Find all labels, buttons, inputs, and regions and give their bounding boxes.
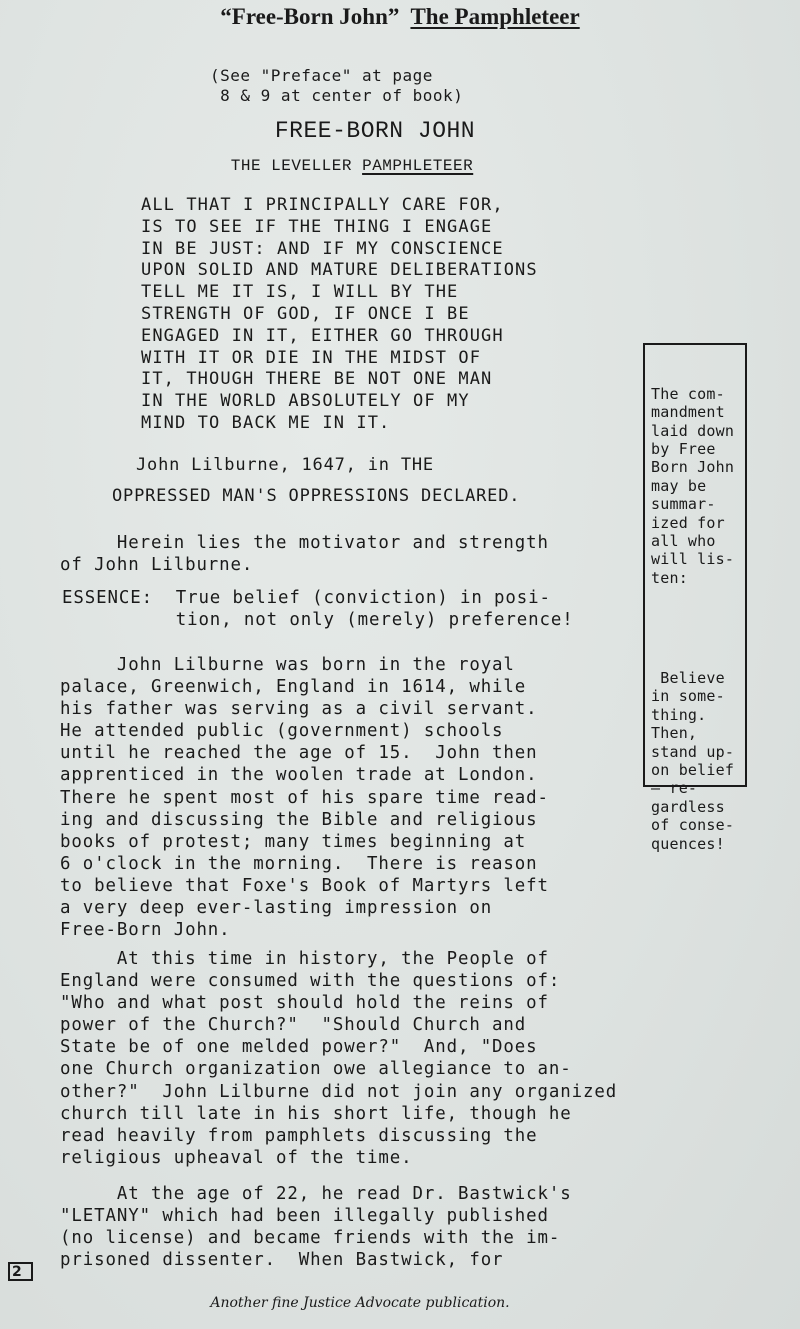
essence-statement: ESSENCE: True belief (conviction) in pos… [62, 587, 574, 631]
sub-heading-prefix: THE LEVELLER [231, 157, 362, 175]
preface-note: (See "Preface" at page 8 & 9 at center o… [210, 66, 463, 106]
sub-heading: THE LEVELLER PAMPHLETEER [0, 157, 752, 175]
main-heading: FREE-BORN JOHN [0, 118, 775, 144]
sub-heading-underlined: PAMPHLETEER [362, 157, 473, 175]
header-title-underlined: The Pamphleteer [410, 4, 579, 29]
page-header: “Free-Born John” The Pamphleteer [0, 4, 800, 30]
sidebox-intro: The com- mandment laid down by Free Born… [651, 385, 745, 587]
commandment-sidebox: The com- mandment laid down by Free Born… [643, 343, 747, 787]
paragraph-birth: John Lilburne was born in the royal pala… [60, 654, 549, 941]
lilburne-quote: ALL THAT I PRINCIPALLY CARE FOR, IS TO S… [141, 195, 538, 435]
paragraph-herein: Herein lies the motivator and strength o… [60, 532, 549, 576]
footer-publication-note: Another fine Justice Advocate publicatio… [0, 1295, 760, 1311]
quote-attribution-line2: OPPRESSED MAN'S OPPRESSIONS DECLARED. [112, 486, 520, 506]
header-title-quoted: “Free-Born John” [220, 4, 399, 29]
quote-attribution-line1: John Lilburne, 1647, in THE [136, 455, 434, 475]
paragraph-history: At this time in history, the People of E… [60, 948, 617, 1169]
paragraph-age-22: At the age of 22, he read Dr. Bastwick's… [60, 1183, 572, 1271]
page-number: 2 [8, 1262, 33, 1281]
sidebox-maxim: Believe in some- thing. Then, stand up- … [651, 669, 745, 853]
